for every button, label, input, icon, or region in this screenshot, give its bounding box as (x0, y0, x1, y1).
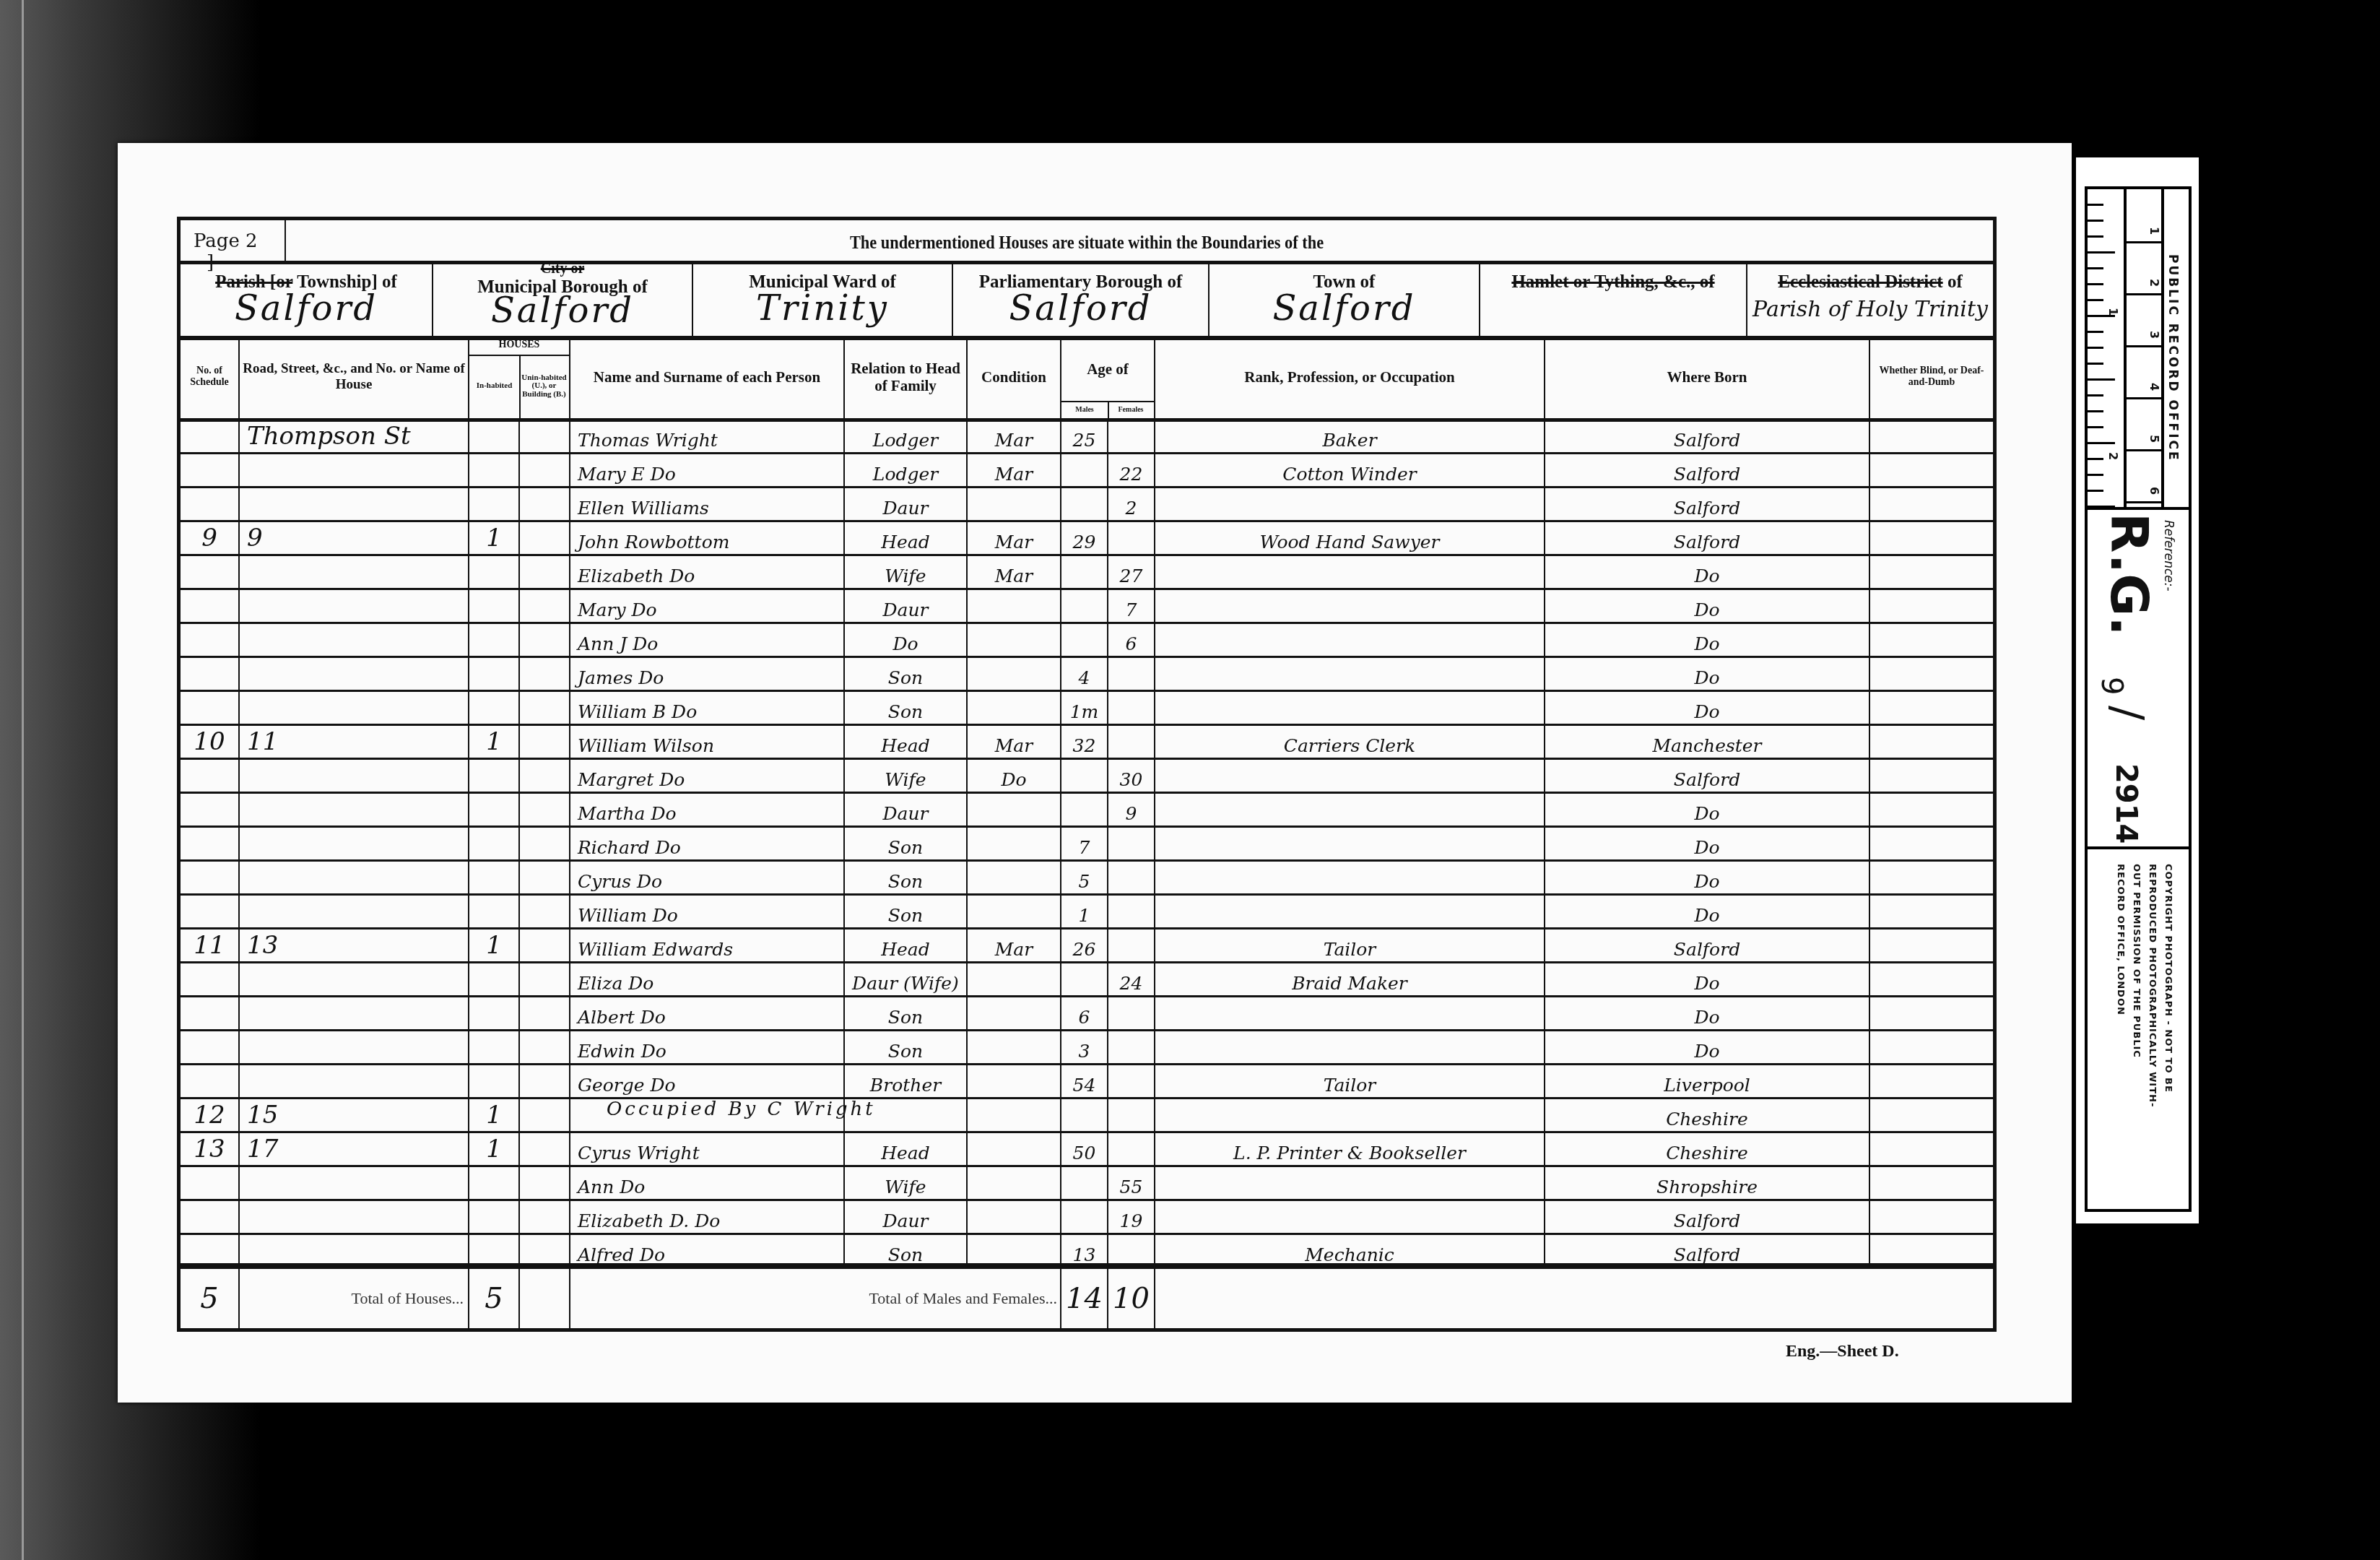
cell-condition (968, 1097, 1061, 1131)
cell-name: James Do (570, 656, 845, 690)
municipal-borough-cell: City or Municipal Borough of Salford (433, 261, 693, 336)
cm-scale: 123456 (2124, 189, 2164, 507)
cell-road: 17 (240, 1131, 469, 1165)
cell-relation: Wife (845, 1165, 968, 1199)
cell-condition (968, 588, 1061, 622)
cell-where-born: Salford (1545, 1199, 1870, 1233)
cell-inhabited (469, 859, 520, 893)
cell-occupation (1155, 1029, 1545, 1063)
cell-occupation (1155, 893, 1545, 927)
cell-female-age (1108, 1233, 1155, 1267)
cell-blind-deaf (1870, 859, 1993, 893)
total-houses: 5 (469, 1268, 520, 1328)
ruler-tick (2088, 204, 2103, 206)
col-name: Name and Surname of each Person (570, 336, 845, 418)
inch-number: 1 (2106, 308, 2120, 316)
form-header: Page 2 ] The undermentioned Houses are s… (181, 220, 1993, 264)
cell-occupation: Carriers Clerk (1155, 724, 1545, 758)
cell-female-age (1108, 1063, 1155, 1097)
cell-inhabited (469, 758, 520, 792)
ruler-tick (2088, 442, 2115, 444)
cell-female-age: 55 (1108, 1165, 1155, 1199)
cell-female-age (1108, 825, 1155, 859)
cell-condition (968, 961, 1061, 995)
reference-prefix: R.G. (2099, 513, 2160, 636)
cell-road (240, 1063, 469, 1097)
cell-inhabited: 1 (469, 520, 520, 554)
ruler-frame: 12 123456 PUBLIC RECORD OFFICE Reference… (2085, 186, 2192, 1212)
cell-where-born: Do (1545, 792, 1870, 825)
table-row: 12151CheshireOccupied By C Wright (181, 1097, 1993, 1133)
cm-number: 1 (2147, 227, 2161, 235)
copyright-line-1: COPYRIGHT PHOTOGRAPH - NOT TO BE (2163, 864, 2173, 1093)
cm-number: 3 (2147, 331, 2161, 339)
cell-relation: Head (845, 1131, 968, 1165)
cell-name: Edwin Do (570, 1029, 845, 1063)
cm-number: 4 (2147, 383, 2161, 391)
cell-schedule (181, 995, 240, 1029)
cell-blind-deaf (1870, 1233, 1993, 1267)
cell-female-age: 9 (1108, 792, 1155, 825)
cell-where-born: Cheshire (1545, 1131, 1870, 1165)
cell-female-age: 27 (1108, 554, 1155, 588)
cell-where-born: Do (1545, 859, 1870, 893)
total-uninhabited (520, 1268, 570, 1328)
cell-relation: Do (845, 622, 968, 656)
cell-where-born: Shropshire (1545, 1165, 1870, 1199)
ruler-tick (2088, 458, 2103, 460)
cell-blind-deaf (1870, 961, 1993, 995)
cell-road (240, 893, 469, 927)
cell-name: Thomas Wright (570, 418, 845, 452)
cell-road (240, 622, 469, 656)
record-office-ruler: 12 123456 PUBLIC RECORD OFFICE Reference… (2076, 157, 2199, 1223)
ruler-tick (2088, 283, 2103, 285)
cell-inhabited (469, 995, 520, 1029)
cm-mark (2124, 397, 2161, 399)
cell-name: William Do (570, 893, 845, 927)
cell-blind-deaf (1870, 554, 1993, 588)
cell-relation: Wife (845, 554, 968, 588)
cell-uninhabited (520, 893, 570, 927)
table-row: Ellen WilliamsDaur2Salford (181, 486, 1993, 522)
cell-where-born: Salford (1545, 758, 1870, 792)
ruler-tick (2088, 490, 2103, 492)
total-persons-label: Total of Males and Females... (869, 1289, 1057, 1308)
cell-occupation (1155, 656, 1545, 690)
table-row: George DoBrother54TailorLiverpool (181, 1063, 1993, 1099)
cell-blind-deaf (1870, 1165, 1993, 1199)
cell-schedule (181, 1199, 240, 1233)
cell-male-age (1061, 1165, 1108, 1199)
cell-schedule (181, 622, 240, 656)
ruler-tick (2088, 220, 2103, 222)
cell-occupation (1155, 859, 1545, 893)
cell-name: Elizabeth Do (570, 554, 845, 588)
cell-road (240, 825, 469, 859)
ruler-tick (2088, 426, 2103, 428)
cell-condition (968, 690, 1061, 724)
cell-blind-deaf (1870, 927, 1993, 961)
table-row: Cyrus DoSon5Do (181, 859, 1993, 896)
cell-schedule: 9 (181, 520, 240, 554)
ruler-tick (2088, 235, 2103, 238)
cell-road (240, 690, 469, 724)
column-headers: No. of Schedule Road, Street, &c., and N… (181, 336, 1993, 422)
cell-occupation: Baker (1155, 418, 1545, 452)
cell-where-born: Do (1545, 995, 1870, 1029)
cell-female-age (1108, 656, 1155, 690)
cell-male-age: 5 (1061, 859, 1108, 893)
cell-condition (968, 486, 1061, 520)
census-form: Page 2 ] The undermentioned Houses are s… (177, 217, 1997, 1332)
ecclesiastical-label: Ecclesiastical District of (1747, 272, 1993, 292)
ecclesiastical-district-cell: Ecclesiastical District of Parish of Hol… (1747, 261, 1993, 336)
cell-schedule (181, 825, 240, 859)
cell-relation: Wife (845, 758, 968, 792)
cell-inhabited (469, 486, 520, 520)
col-relation: Relation to Head of Family (845, 336, 968, 418)
cell-relation: Son (845, 893, 968, 927)
cell-relation: Head (845, 724, 968, 758)
ruler-tick (2088, 474, 2103, 476)
cell-road (240, 1165, 469, 1199)
cell-inhabited (469, 1165, 520, 1199)
cell-condition: Mar (968, 520, 1061, 554)
cell-schedule (181, 418, 240, 452)
cell-male-age: 26 (1061, 927, 1108, 961)
cell-name: Alfred Do (570, 1233, 845, 1267)
cell-uninhabited (520, 588, 570, 622)
table-row: Mary DoDaur7Do (181, 588, 1993, 624)
reference-series: 9 (2095, 677, 2128, 695)
cell-blind-deaf (1870, 622, 1993, 656)
cell-schedule (181, 452, 240, 486)
cell-where-born: Salford (1545, 486, 1870, 520)
cell-blind-deaf (1870, 758, 1993, 792)
cell-uninhabited (520, 1097, 570, 1131)
cell-where-born: Do (1545, 656, 1870, 690)
total-houses-value: 5 (485, 1282, 503, 1315)
cell-uninhabited (520, 724, 570, 758)
cell-relation: Son (845, 656, 968, 690)
cell-uninhabited (520, 690, 570, 724)
cell-occupation (1155, 486, 1545, 520)
col-road: Road, Street, &c., and No. or Name of Ho… (240, 336, 469, 418)
col-condition: Condition (968, 336, 1061, 418)
township-value: Salford (181, 288, 432, 329)
table-row: Edwin DoSon3Do (181, 1029, 1993, 1065)
cell-road: 11 (240, 724, 469, 758)
cell-blind-deaf (1870, 520, 1993, 554)
sheet-label: Eng.—Sheet D. (1786, 1342, 1899, 1361)
cell-male-age: 3 (1061, 1029, 1108, 1063)
col-houses: HOUSES In-habited Unin-habited (U.), or … (469, 336, 570, 418)
cell-male-age (1061, 792, 1108, 825)
ruler-tick (2088, 410, 2103, 412)
total-females: 10 (1108, 1268, 1155, 1328)
cell-male-age (1061, 961, 1108, 995)
col-inhabited: In-habited (469, 355, 521, 418)
ruler-tick (2088, 331, 2103, 333)
cell-road: 13 (240, 927, 469, 961)
ruler-scale: 12 123456 PUBLIC RECORD OFFICE (2088, 189, 2189, 510)
cell-male-age: 50 (1061, 1131, 1108, 1165)
cell-female-age (1108, 520, 1155, 554)
col-schedule: No. of Schedule (181, 336, 240, 418)
cell-schedule (181, 588, 240, 622)
cell-female-age (1108, 1097, 1155, 1131)
cell-blind-deaf (1870, 486, 1993, 520)
cell-where-born: Salford (1545, 927, 1870, 961)
cell-uninhabited (520, 825, 570, 859)
cell-inhabited (469, 1199, 520, 1233)
cm-mark (2124, 345, 2161, 347)
cell-schedule (181, 656, 240, 690)
cell-relation: Head (845, 520, 968, 554)
cell-inhabited (469, 418, 520, 452)
cell-schedule (181, 690, 240, 724)
cell-road (240, 758, 469, 792)
cell-blind-deaf (1870, 656, 1993, 690)
cell-road (240, 1233, 469, 1267)
cell-occupation: Tailor (1155, 927, 1545, 961)
cell-where-born: Do (1545, 690, 1870, 724)
copyright-line-2: REPRODUCED PHOTOGRAPHICALLY WITH- (2147, 864, 2158, 1107)
table-row: Mary E DoLodgerMar22Cotton WinderSalford (181, 452, 1993, 488)
cell-male-age: 54 (1061, 1063, 1108, 1097)
table-row: Ann DoWife55Shropshire (181, 1165, 1993, 1201)
cell-name: Martha Do (570, 792, 845, 825)
cell-relation: Head (845, 927, 968, 961)
cell-uninhabited (520, 961, 570, 995)
cell-road (240, 961, 469, 995)
reference-piece: 2914 (2109, 763, 2142, 844)
cell-female-age (1108, 418, 1155, 452)
cell-relation: Lodger (845, 418, 968, 452)
cell-condition (968, 792, 1061, 825)
total-males: 14 (1061, 1268, 1108, 1328)
total-males-value: 14 (1066, 1282, 1103, 1315)
cell-female-age: 30 (1108, 758, 1155, 792)
cell-where-born: Salford (1545, 1233, 1870, 1267)
cell-relation: Daur (845, 792, 968, 825)
cell-relation: Daur (845, 588, 968, 622)
cell-blind-deaf (1870, 893, 1993, 927)
cell-uninhabited (520, 418, 570, 452)
cell-where-born: Do (1545, 554, 1870, 588)
occupied-note: Occupied By C Wright (607, 1098, 876, 1120)
cell-schedule (181, 1029, 240, 1063)
cell-female-age: 19 (1108, 1199, 1155, 1233)
cell-male-age (1061, 1199, 1108, 1233)
cell-road (240, 452, 469, 486)
cell-condition (968, 1199, 1061, 1233)
cell-male-age: 4 (1061, 656, 1108, 690)
cell-road (240, 1199, 469, 1233)
ruler-tick (2088, 378, 2115, 381)
city-label: City or (433, 261, 692, 277)
cell-road (240, 486, 469, 520)
cell-female-age (1108, 690, 1155, 724)
census-rows: Thompson StThomas WrightLodgerMar25Baker… (181, 418, 1993, 1267)
cell-where-born: Do (1545, 588, 1870, 622)
cell-occupation (1155, 792, 1545, 825)
ruler-title: PUBLIC RECORD OFFICE (2166, 254, 2180, 462)
cell-where-born: Salford (1545, 418, 1870, 452)
cell-male-age (1061, 554, 1108, 588)
cell-male-age: 7 (1061, 825, 1108, 859)
cell-female-age: 24 (1108, 961, 1155, 995)
cell-name: John Rowbottom (570, 520, 845, 554)
cell-uninhabited (520, 622, 570, 656)
page-number: Page 2 ] (181, 220, 286, 261)
cell-road (240, 792, 469, 825)
cell-inhabited: 1 (469, 724, 520, 758)
cell-uninhabited (520, 554, 570, 588)
cell-uninhabited (520, 452, 570, 486)
table-row: Thompson StThomas WrightLodgerMar25Baker… (181, 418, 1993, 454)
cell-uninhabited (520, 486, 570, 520)
cell-condition (968, 859, 1061, 893)
cell-schedule (181, 961, 240, 995)
cell-blind-deaf (1870, 588, 1993, 622)
cell-occupation: Braid Maker (1155, 961, 1545, 995)
cell-blind-deaf (1870, 1131, 1993, 1165)
age-label: Age of (1061, 336, 1154, 402)
cell-condition: Mar (968, 724, 1061, 758)
boundary-title: The undermentioned Houses are situate wi… (308, 232, 1867, 253)
cell-occupation (1155, 1097, 1545, 1131)
cell-road: Thompson St (240, 418, 469, 452)
cell-female-age (1108, 893, 1155, 927)
total-persons-label-cell: Total of Males and Females... (570, 1268, 1061, 1328)
cell-road: 9 (240, 520, 469, 554)
cell-schedule (181, 554, 240, 588)
cell-blind-deaf (1870, 792, 1993, 825)
cell-inhabited (469, 452, 520, 486)
inch-number: 2 (2106, 452, 2120, 460)
cell-occupation (1155, 554, 1545, 588)
table-row: William B DoSon1mDo (181, 690, 1993, 726)
parliamentary-borough-value: Salford (953, 288, 1208, 329)
cell-occupation (1155, 690, 1545, 724)
col-males: Males (1061, 401, 1109, 418)
cell-schedule: 10 (181, 724, 240, 758)
cell-schedule (181, 1165, 240, 1199)
col-occupation: Rank, Profession, or Occupation (1155, 336, 1545, 418)
cell-uninhabited (520, 792, 570, 825)
hamlet-cell: Hamlet or Tything, &c., of (1480, 261, 1747, 336)
cell-name: Elizabeth D. Do (570, 1199, 845, 1233)
cell-inhabited (469, 961, 520, 995)
cell-condition (968, 1029, 1061, 1063)
cell-inhabited: 1 (469, 1097, 520, 1131)
cell-occupation (1155, 1199, 1545, 1233)
total-schedules-value: 5 (200, 1282, 218, 1315)
cell-occupation (1155, 622, 1545, 656)
cell-condition (968, 995, 1061, 1029)
total-houses-label: Total of Houses... (352, 1289, 464, 1308)
table-row: 11131William EdwardsHeadMar26TailorSalfo… (181, 927, 1993, 963)
table-row: Martha DoDaur9Do (181, 792, 1993, 828)
cell-uninhabited (520, 1131, 570, 1165)
cell-occupation (1155, 995, 1545, 1029)
cell-male-age: 1m (1061, 690, 1108, 724)
township-cell: Parish [or Township] of Salford (181, 261, 433, 336)
cell-uninhabited (520, 1233, 570, 1267)
cell-relation: Son (845, 825, 968, 859)
location-row: Parish [or Township] of Salford City or … (181, 261, 1993, 340)
cell-schedule: 12 (181, 1097, 240, 1131)
cell-where-born: Do (1545, 825, 1870, 859)
cell-male-age (1061, 622, 1108, 656)
cell-male-age: 29 (1061, 520, 1108, 554)
cm-mark (2124, 449, 2161, 451)
cell-name: Richard Do (570, 825, 845, 859)
cm-number: 5 (2147, 435, 2161, 443)
col-females: Females (1108, 401, 1154, 418)
col-blind-deaf: Whether Blind, or Deaf-and-Dumb (1870, 336, 1993, 418)
cell-relation: Brother (845, 1063, 968, 1097)
cell-female-age (1108, 1131, 1155, 1165)
cell-uninhabited (520, 1063, 570, 1097)
ward-cell: Municipal Ward of Trinity (693, 261, 953, 336)
cell-blind-deaf (1870, 1029, 1993, 1063)
cm-number: 6 (2147, 487, 2161, 495)
cell-uninhabited (520, 1029, 570, 1063)
cell-road (240, 1029, 469, 1063)
cell-name: Mary E Do (570, 452, 845, 486)
film-edge-line (22, 0, 24, 1560)
cell-occupation (1155, 825, 1545, 859)
ruler-tick (2088, 267, 2103, 269)
cell-schedule (181, 792, 240, 825)
cell-blind-deaf (1870, 724, 1993, 758)
cell-name: Eliza Do (570, 961, 845, 995)
table-row: 991John RowbottomHeadMar29Wood Hand Sawy… (181, 520, 1993, 556)
ruler-tick (2088, 394, 2103, 396)
cell-relation: Lodger (845, 452, 968, 486)
cell-female-age (1108, 927, 1155, 961)
cell-inhabited (469, 656, 520, 690)
cell-female-age (1108, 724, 1155, 758)
cell-blind-deaf (1870, 690, 1993, 724)
cell-female-age: 2 (1108, 486, 1155, 520)
cell-relation: Daur (845, 1199, 968, 1233)
cell-occupation: Cotton Winder (1155, 452, 1545, 486)
cell-condition: Mar (968, 554, 1061, 588)
totals-row: 5 Total of Houses... 5 Total of Males an… (181, 1263, 1993, 1328)
table-row: James DoSon4Do (181, 656, 1993, 692)
cell-condition: Mar (968, 452, 1061, 486)
cell-blind-deaf (1870, 1199, 1993, 1233)
cell-condition: Do (968, 758, 1061, 792)
col-where-born: Where Born (1545, 336, 1870, 418)
cell-relation: Son (845, 690, 968, 724)
cell-name: Ann J Do (570, 622, 845, 656)
total-schedules: 5 (181, 1268, 240, 1328)
cell-relation: Son (845, 859, 968, 893)
table-row: Elizabeth DoWifeMar27Do (181, 554, 1993, 590)
cell-female-age: 22 (1108, 452, 1155, 486)
table-row: Eliza DoDaur (Wife)24Braid MakerDo (181, 961, 1993, 997)
cell-where-born: Liverpool (1545, 1063, 1870, 1097)
cell-inhabited (469, 690, 520, 724)
cell-male-age (1061, 758, 1108, 792)
cell-blind-deaf (1870, 825, 1993, 859)
cell-road (240, 995, 469, 1029)
